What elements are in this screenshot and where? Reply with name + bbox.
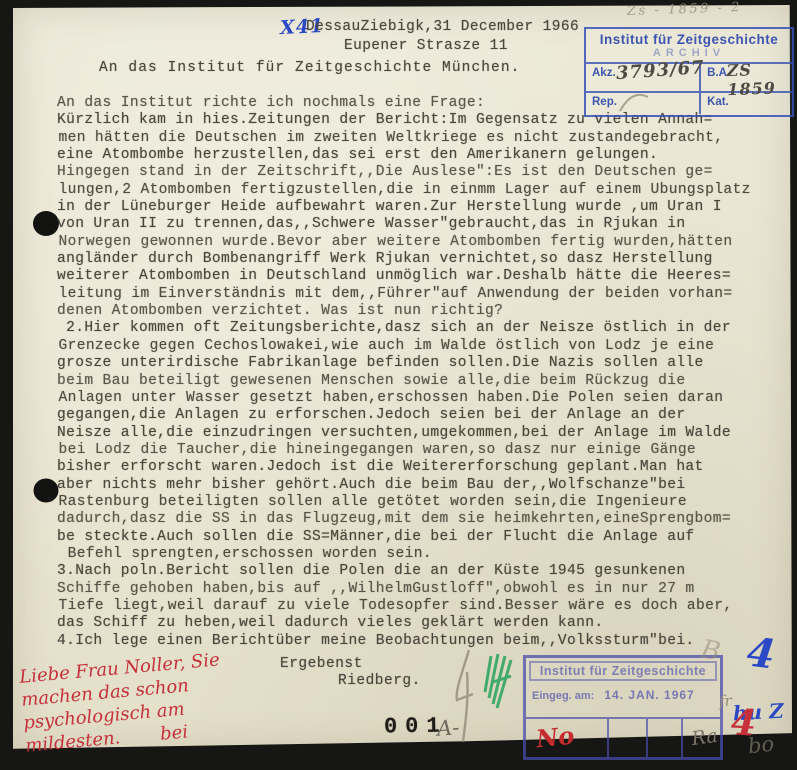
- received-date: 14. JAN. 1967: [604, 688, 694, 702]
- letter-recipient-line: An das Institut für Zeitgeschichte Münch…: [99, 60, 520, 76]
- typed-line: grosze unterirdische Fabrikanlage befind…: [57, 355, 767, 372]
- typed-line: gegangen,die Anlagen zu erforschen.Jedoc…: [57, 407, 767, 424]
- typed-line: aber nichts mehr bisher gehört.Auch die …: [57, 477, 767, 494]
- typed-line: men hätten die Deutschen im zweiten Welt…: [59, 130, 769, 147]
- pencil-squiggle-mark: [447, 648, 481, 746]
- typed-line: von Uran II zu trennen,das,,Schwere Wass…: [57, 216, 767, 233]
- red-no-mark: No: [524, 717, 575, 755]
- typed-line: Rastenburg beteiligten sollen alle getöt…: [59, 494, 769, 511]
- typed-line: in der Lüneburger Heide aufbewahrt waren…: [57, 199, 767, 216]
- kat-label: Kat.: [707, 96, 729, 108]
- typed-line: Schiffe gehoben haben,bis auf ,,WilhelmG…: [57, 581, 767, 598]
- typed-line: 2.Hier kommen oft Zeitungsberichte,dasz …: [57, 320, 767, 337]
- letter-body: An das Institut richte ich nochmals eine…: [57, 95, 767, 650]
- green-pen-scribble: [481, 652, 527, 714]
- typed-line: 4.Ich lege einen Berichtüber meine Beoba…: [57, 633, 767, 650]
- typed-line: leitung im Einverständnis mit dem,,Führe…: [59, 286, 769, 303]
- typed-line: bei Lodz die Taucher,die hineingegangen …: [59, 442, 769, 459]
- receive-stamp-title: Institut für Zeitgeschichte: [529, 661, 717, 681]
- typed-line: Hingegen stand in der Zeitschrift,,Die A…: [57, 164, 767, 181]
- hole-punch-bottom: [34, 479, 59, 503]
- blue-four-mark: 4: [744, 628, 777, 678]
- pencil-ra-mark: Ra: [681, 717, 719, 751]
- pencil-curve-mark: [614, 91, 654, 113]
- archive-stamp: Institut für Zeitgeschichte ARCHIV Akz. …: [584, 27, 794, 117]
- typed-line: Norwegen gewonnen wurde.Bevor aber weite…: [59, 234, 769, 251]
- typed-line: eine Atombombe herzustellen,das sei erst…: [57, 147, 767, 164]
- typed-line: lungen,2 Atombomben fertigzustellen,die …: [59, 182, 769, 199]
- typed-line: denen Atombomben verzichtet. Was ist nun…: [57, 303, 767, 320]
- letter-date-line: DessauZiebigk,31 December 1966: [306, 19, 579, 35]
- typed-line: dadurch,dasz die SS in das Flugzeug,mit …: [57, 511, 767, 528]
- typed-line: 3.Nach poln.Bericht sollen die Polen die…: [57, 563, 767, 580]
- letter-valediction: Ergebenst: [280, 656, 363, 672]
- hole-punch-top: [33, 211, 59, 236]
- typed-line: be steckte.Auch sollen die SS=Männer,die…: [57, 529, 767, 546]
- typed-line: angländer durch Bombenangriff Werk Rjuka…: [57, 251, 767, 268]
- typed-line: weiterer Atombomben in Deutschland unmög…: [57, 268, 767, 285]
- typed-line: Anlagen unter Wasser gesetzt haben,ersch…: [59, 390, 769, 407]
- typed-line: bisher erforscht waren.Jedoch ist die We…: [57, 459, 767, 476]
- letter-street-line: Eupener Strasze 11: [344, 38, 508, 54]
- typed-line: beim Bau beteiligt gewesenen Menschen so…: [57, 373, 767, 390]
- typed-line: Grenzecke gegen Cechoslowakei,wie auch i…: [59, 338, 769, 355]
- archive-stamp-title: Institut für Zeitgeschichte: [586, 29, 792, 47]
- pencil-bo-mark: bo: [747, 732, 775, 759]
- typed-line: das Schiff zu heben,weil dadurch vieles …: [57, 615, 767, 632]
- pencil-fr-mark: fr: [718, 692, 732, 711]
- akz-label: Akz.: [592, 67, 616, 79]
- typed-line: Neisze alle,die einzudringen versuchten,…: [57, 425, 767, 442]
- letter-signature: Riedberg.: [338, 673, 421, 689]
- receive-stamp: Institut für Zeitgeschichte Eingeg. am: …: [523, 655, 723, 760]
- red-handwritten-note: Liebe Frau Noller, Siemachen das schonps…: [18, 648, 226, 757]
- typed-line: Befehl sprengten,erschossen worden sein.: [59, 546, 769, 563]
- scanned-letter-page: { "scan": { "pencil_file_note": "Zs - 18…: [0, 0, 797, 770]
- received-label: Eingeg. am:: [532, 690, 594, 702]
- typed-line: Tiefe liegt,weil darauf zu viele Todesop…: [59, 598, 769, 615]
